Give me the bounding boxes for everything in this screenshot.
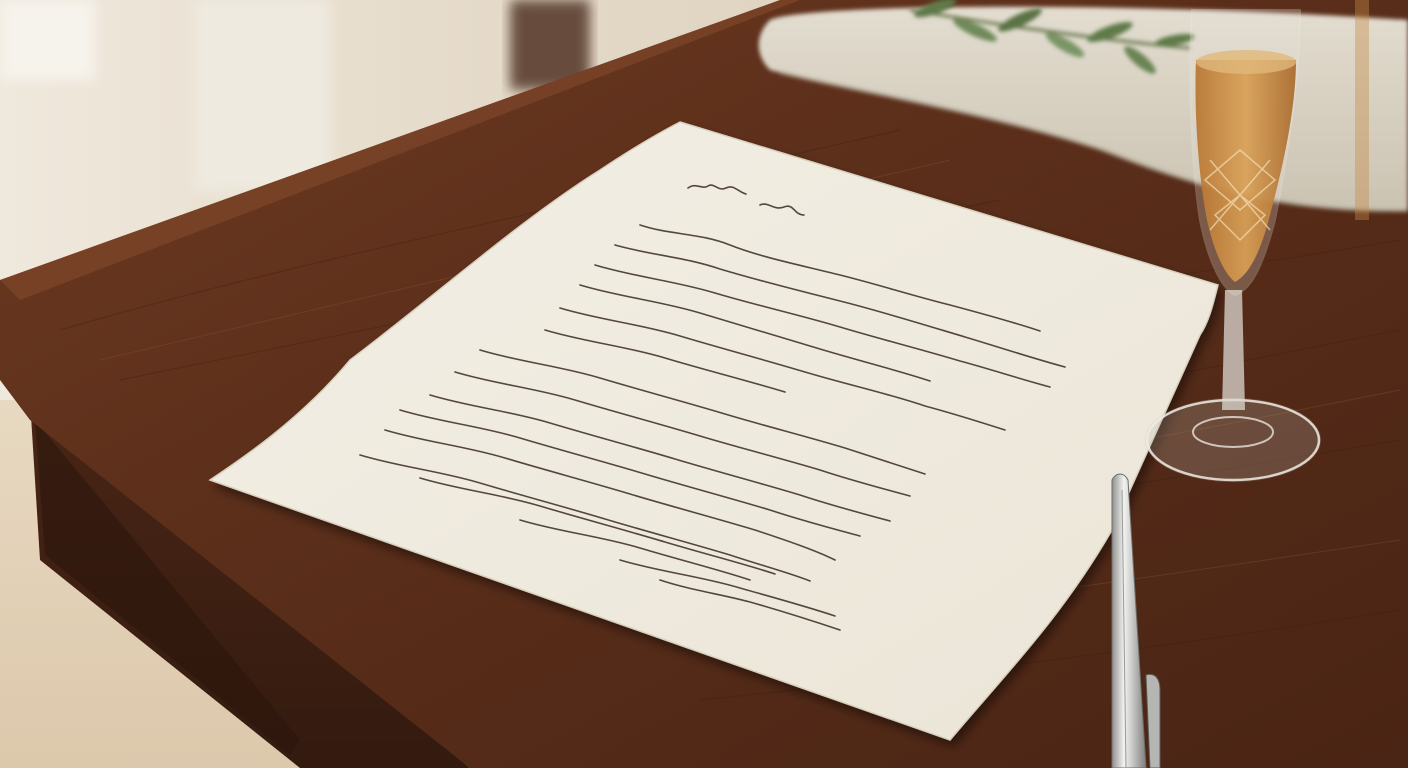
scene-illustration xyxy=(0,0,1408,768)
photo-scene: Handwritten letter on deckled-edge paper… xyxy=(0,0,1408,768)
